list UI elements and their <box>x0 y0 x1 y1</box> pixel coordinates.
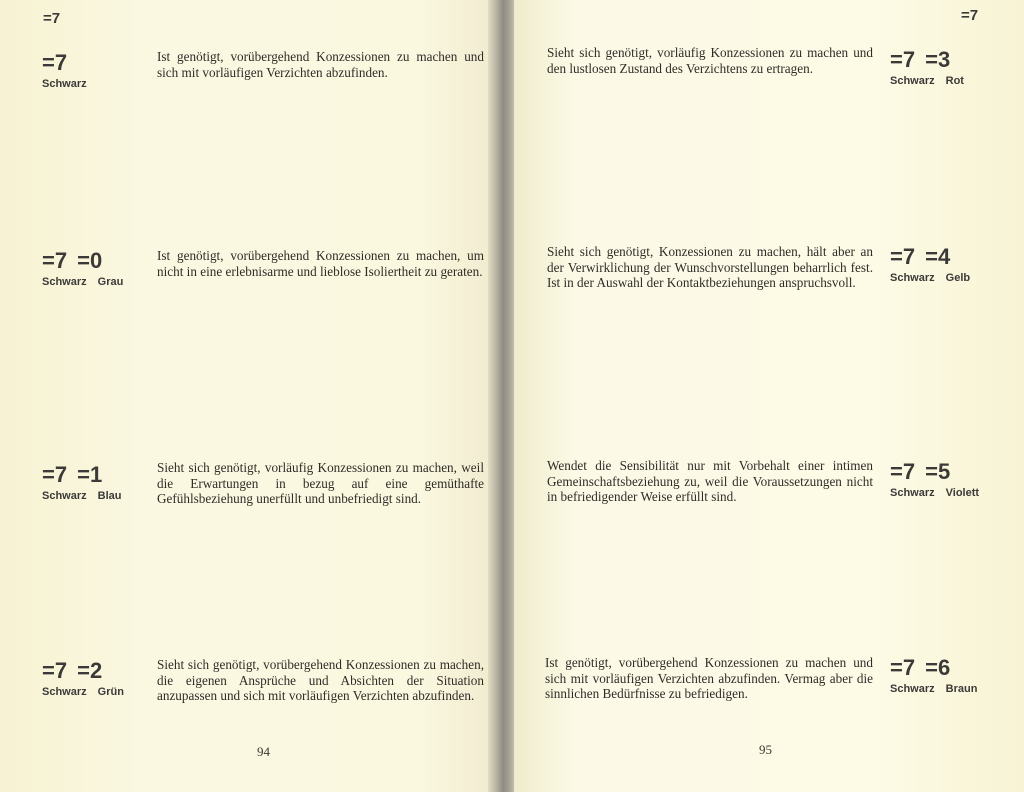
code-primary: =7 <box>890 244 915 270</box>
code-secondary: =0 <box>77 248 102 274</box>
entry-description: Ist genötigt, vorübergehend Konzessionen… <box>157 248 484 279</box>
color-name-secondary: Violett <box>946 487 979 499</box>
code-secondary: =1 <box>77 462 102 488</box>
code-primary: =7 <box>42 462 67 488</box>
entry-description: Ist genötigt, vorübergehend Konzessionen… <box>157 49 484 80</box>
color-name-secondary: Braun <box>946 683 978 695</box>
code-secondary: =4 <box>925 244 950 270</box>
color-code: =7=3 SchwarzRot <box>890 47 964 87</box>
color-code: =7=5 SchwarzViolett <box>890 459 979 499</box>
entry-description: Sieht sich genötigt, vorläufig Konzessio… <box>157 460 484 507</box>
color-name-primary: Schwarz <box>42 686 87 698</box>
page-header-code: =7 <box>43 10 60 27</box>
code-secondary: =2 <box>77 658 102 684</box>
color-name-secondary: Gelb <box>946 272 970 284</box>
entry-description: Wendet die Sensibilität nur mit Vorbehal… <box>547 458 873 505</box>
right-page: =7 Sieht sich genötigt, vorläufig Konzes… <box>514 0 1024 792</box>
color-code: =7=2 SchwarzGrün <box>42 658 124 698</box>
color-name-primary: Schwarz <box>890 75 935 87</box>
book-spread: =7 =7 Schwarz Ist genötigt, vorübergehen… <box>0 0 1024 792</box>
entry-description: Sieht sich genötigt, vorläufig Konzessio… <box>547 45 873 76</box>
entry-description: Sieht sich genötigt, Konzessionen zu mac… <box>547 244 873 291</box>
color-name-primary: Schwarz <box>890 272 935 284</box>
code-secondary: =6 <box>925 655 950 681</box>
color-code: =7 Schwarz <box>42 50 87 90</box>
code-primary: =7 <box>42 658 67 684</box>
color-name-primary: Schwarz <box>42 276 87 288</box>
code-primary: =7 <box>890 47 915 73</box>
code-primary: =7 <box>42 50 67 76</box>
page-header-code: =7 <box>961 7 978 24</box>
code-secondary: =3 <box>925 47 950 73</box>
color-name-secondary: Blau <box>98 490 122 502</box>
left-page: =7 =7 Schwarz Ist genötigt, vorübergehen… <box>0 0 492 792</box>
page-number: 94 <box>257 744 270 760</box>
color-code: =7=1 SchwarzBlau <box>42 462 121 502</box>
code-primary: =7 <box>890 655 915 681</box>
color-name-secondary: Rot <box>946 75 964 87</box>
color-code: =7=4 SchwarzGelb <box>890 244 970 284</box>
color-code: =7=6 SchwarzBraun <box>890 655 977 695</box>
color-code: =7=0 SchwarzGrau <box>42 248 123 288</box>
color-name-primary: Schwarz <box>42 490 87 502</box>
color-name-secondary: Grau <box>98 276 124 288</box>
code-primary: =7 <box>890 459 915 485</box>
code-primary: =7 <box>42 248 67 274</box>
color-name-primary: Schwarz <box>42 78 87 90</box>
color-name-primary: Schwarz <box>890 487 935 499</box>
entry-description: Ist genötigt, vorübergehend Konzessionen… <box>545 655 873 702</box>
color-name-primary: Schwarz <box>890 683 935 695</box>
code-secondary: =5 <box>925 459 950 485</box>
color-name-secondary: Grün <box>98 686 124 698</box>
entry-description: Sieht sich genötigt, vorübergehend Konze… <box>157 657 484 704</box>
page-number: 95 <box>759 742 772 758</box>
